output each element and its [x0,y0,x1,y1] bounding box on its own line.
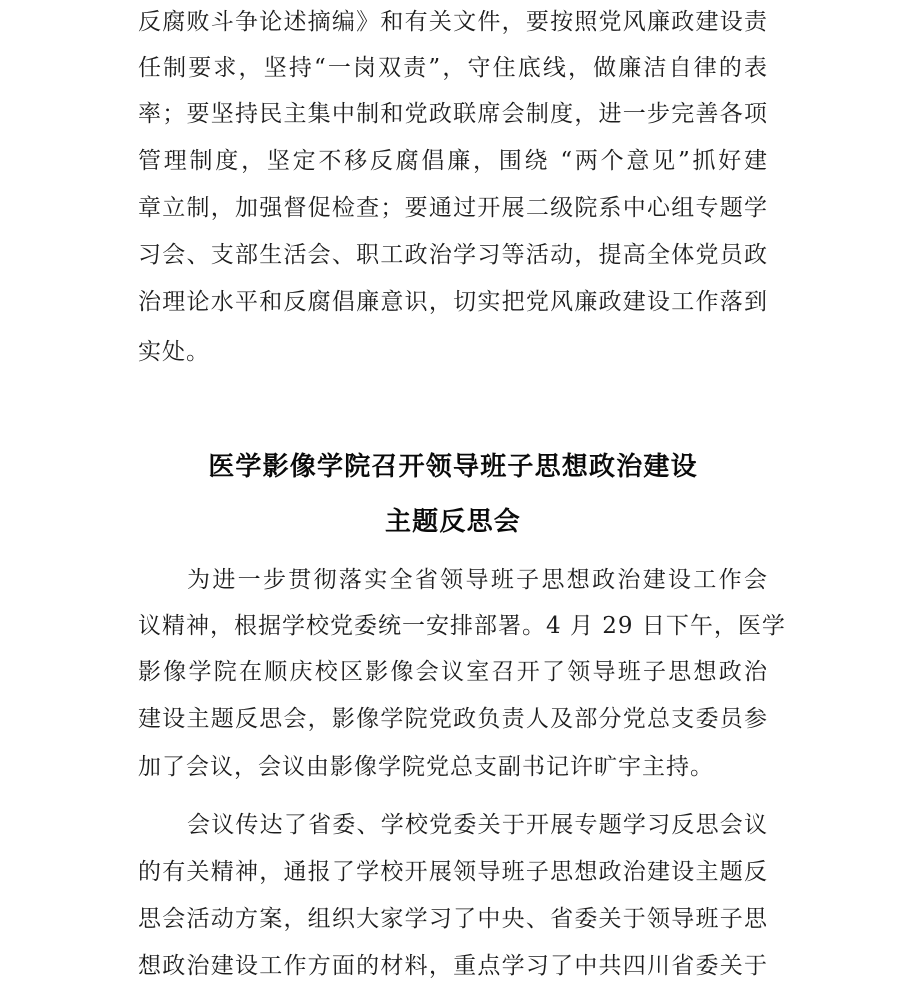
paragraph-line: 率；要坚持民主集中制和党政联席会制度，进一步完善各项 [138,99,768,129]
article-title-line: 主题反思会 [0,505,906,539]
paragraph-line: 议精神，根据学校党委统一安排部署。4 月 29 日下午，医学 [138,611,768,641]
paragraph-line: 习会、支部生活会、职工政治学习等活动，提高全体党员政 [138,240,768,270]
document-page: 反腐败斗争论述摘编》和有关文件，要按照党风廉政建设责 任制要求，坚持“一岗双责”… [0,0,906,997]
paragraph-line: 影像学院在顺庆校区影像会议室召开了领导班子思想政治 [138,657,768,687]
paragraph-line: 实处。 [138,337,210,367]
paragraph-line: 反腐败斗争论述摘编》和有关文件，要按照党风廉政建设责 [138,7,768,37]
paragraph-line: 会议传达了省委、学校党委关于开展专题学习反思会议 [187,810,768,840]
paragraph-line: 管理制度，坚定不移反腐倡廉，围绕 “两个意见”抓好建 [138,146,768,176]
paragraph-line: 建设主题反思会，影像学院党政负责人及部分党总支委员参 [138,704,768,734]
paragraph-line: 为进一步贯彻落实全省领导班子思想政治建设工作会 [187,565,768,595]
article-title-line: 医学影像学院召开领导班子思想政治建设 [0,450,906,484]
paragraph-line: 的有关精神，通报了学校开展领导班子思想政治建设主题反 [138,857,768,887]
paragraph-line: 加了会议，会议由影像学院党总支副书记许旷宇主持。 [138,752,714,782]
paragraph-line: 任制要求，坚持“一岗双责”，守住底线，做廉洁自律的表 [138,53,768,83]
paragraph-line: 治理论水平和反腐倡廉意识，切实把党风廉政建设工作落到 [138,287,768,317]
paragraph-line: 思会活动方案，组织大家学习了中央、省委关于领导班子思 [138,904,768,934]
paragraph-line: 想政治建设工作方面的材料，重点学习了中共四川省委关于 [138,951,768,981]
paragraph-line: 章立制，加强督促检查；要通过开展二级院系中心组专题学 [138,193,768,223]
